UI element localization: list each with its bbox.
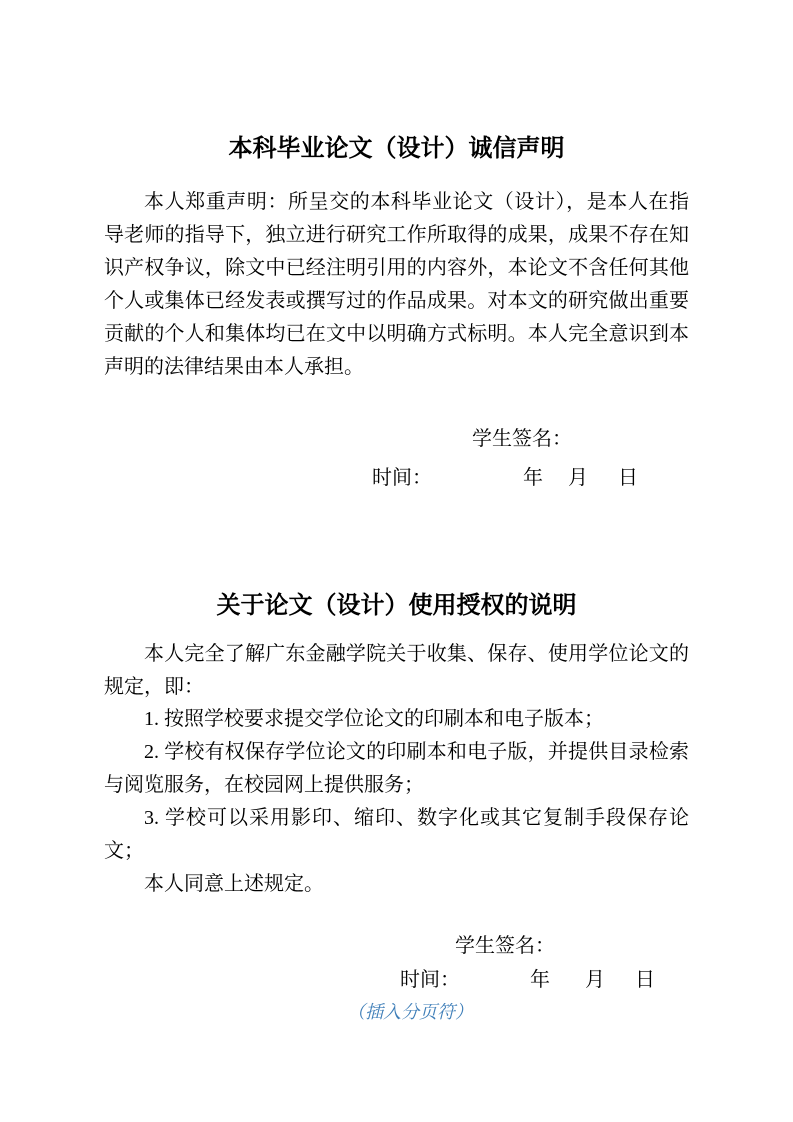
time-label-1: 时间： xyxy=(372,467,432,489)
authorization-intro-block: 本人完全了解广东金融学院关于收集、保存、使用学位论文的规定，即： xyxy=(104,638,689,704)
date-line-2: 时间：年月日 xyxy=(400,969,655,991)
year-label-2: 年 xyxy=(530,969,550,991)
year-label-1: 年 xyxy=(523,467,543,489)
date-line-1: 时间：年月日 xyxy=(372,467,638,489)
authorization-title: 关于论文（设计）使用授权的说明 xyxy=(0,591,793,621)
student-signature-line-1: 学生签名： xyxy=(472,428,572,450)
integrity-statement-body: 本人郑重声明：所呈交的本科毕业论文（设计），是本人在指导老师的指导下，独立进行研… xyxy=(104,186,689,384)
integrity-statement-title: 本科毕业论文（设计）诚信声明 xyxy=(0,134,793,164)
student-signature-label-2: 学生签名： xyxy=(455,935,555,957)
authorization-item-2: 2. 学校有权保存学位论文的印刷本和电子版，并提供目录检索与阅览服务，在校园网上… xyxy=(104,736,689,802)
day-label-1: 日 xyxy=(618,467,638,489)
month-label-1: 月 xyxy=(568,467,588,489)
integrity-statement-paragraph: 本人郑重声明：所呈交的本科毕业论文（设计），是本人在指导老师的指导下，独立进行研… xyxy=(104,186,689,384)
page-break-note: （插入分页符） xyxy=(347,1001,473,1023)
authorization-item-3: 3. 学校可以采用影印、缩印、数字化或其它复制手段保存论文； xyxy=(104,802,689,868)
authorization-item-1: 1. 按照学校要求提交学位论文的印刷本和电子版本； xyxy=(104,703,689,736)
month-label-2: 月 xyxy=(585,969,605,991)
authorization-items-block: 1. 按照学校要求提交学位论文的印刷本和电子版本； 2. 学校有权保存学位论文的… xyxy=(104,703,689,901)
student-signature-line-2: 学生签名： xyxy=(455,935,555,957)
day-label-2: 日 xyxy=(635,969,655,991)
student-signature-label-1: 学生签名： xyxy=(472,428,572,450)
authorization-agree-line: 本人同意上述规定。 xyxy=(104,868,689,901)
document-page: 本科毕业论文（设计）诚信声明 本人郑重声明：所呈交的本科毕业论文（设计），是本人… xyxy=(0,0,793,1122)
time-label-2: 时间： xyxy=(400,969,460,991)
authorization-intro: 本人完全了解广东金融学院关于收集、保存、使用学位论文的规定，即： xyxy=(104,638,689,704)
